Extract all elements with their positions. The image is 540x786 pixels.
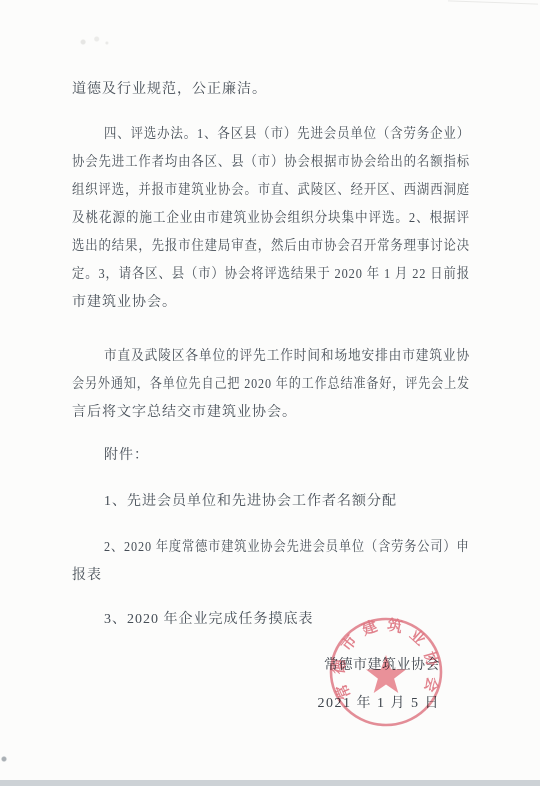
body-line: 四、评选办法。1、各区县（市）先进会员单位（含劳务企业） — [104, 127, 517, 144]
attachment-item: 1、先进会员单位和先进协会工作者名额分配 — [104, 494, 397, 511]
attachment-item: 2、2020 年度常德市建筑业协会先进会员单位（含劳务公司）申 — [104, 540, 524, 557]
scan-edge-artifact — [448, 0, 538, 4]
body-line: 道德及行业规范，公正廉洁。 — [72, 82, 267, 99]
seal-star-icon — [366, 655, 406, 693]
body-line: 定。3，请各区、县（市）协会将评选结果于 2020 年 1 月 22 日前报 — [72, 267, 523, 284]
body-line: 会另外通知，各单位先自己把 2020 年的工作总结准备好，评先会上发 — [72, 377, 533, 394]
body-line: 选出的结果，先报市住建局审查，然后由市协会召开常务理事讨论决 — [72, 239, 522, 256]
body-line: 及桃花源的施工企业由市建筑业协会组织分块集中评选。2、根据评 — [72, 211, 515, 228]
attachment-item-continuation: 报表 — [72, 568, 102, 585]
body-line: 协会先进工作者均由各区、县（市）协会根据市协会给出的名额指标 — [72, 155, 522, 172]
scan-bottom-edge — [0, 780, 540, 786]
body-line: 组织评选，并报市建筑业协会。市直、武陵区、经开区、西湖西洞庭 — [72, 183, 522, 200]
official-seal: 常德市建筑业协会 — [327, 611, 445, 733]
body-line: 市建筑业协会。 — [72, 295, 177, 312]
scanned-document-page: 道德及行业规范，公正廉洁。 四、评选办法。1、各区县（市）先进会员单位（含劳务企… — [0, 0, 540, 786]
body-line: 言后将文字总结交市建筑业协会。 — [72, 405, 297, 422]
scan-speck — [1, 755, 7, 763]
attachments-heading: 附件： — [104, 448, 149, 465]
attachment-item: 3、2020 年企业完成任务摸底表 — [104, 612, 314, 629]
scan-smudge — [78, 36, 112, 46]
body-line: 市直及武陵区各单位的评先工作时间和场地安排由市建筑业协 — [104, 349, 509, 366]
